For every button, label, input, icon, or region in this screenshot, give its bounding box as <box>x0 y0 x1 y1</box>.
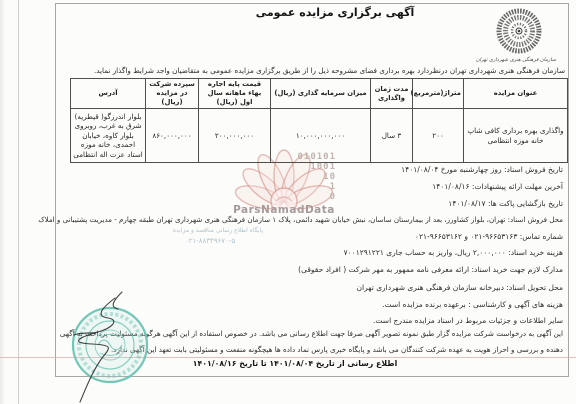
line-other-info: سایر اطلاعات و جزئیات مربوط در اسناد مزا… <box>373 316 563 325</box>
cell-duration: ۳ سال <box>371 109 413 163</box>
scanned-auction-notice: 010101 1001 10 1 0 ParsNamadData پایگاه … <box>0 0 576 404</box>
col-header-investment: میزان سرمایه گذاری (ریال) <box>271 79 371 109</box>
watermark-tagline: پایگاه اطلاع رسانی مناقصه و مزایده <box>166 227 270 234</box>
cell-deposit: ۸۶۰,۰۰۰,۰۰۰ <box>146 109 199 163</box>
auction-table: عنوان مزایده متراژ(مترمربع) مدت زمان واگ… <box>70 78 568 163</box>
intro-line: سازمان فرهنگی هنری شهرداری تهران درنظردا… <box>60 66 565 75</box>
org-logo-caption: سازمان فرهنگی هنری شهرداری تهران <box>468 57 564 63</box>
page-fold-line <box>18 0 19 404</box>
watermark-binary-line: 1001 <box>288 162 336 172</box>
table-row: واگذاری بهره برداری کافی شاپ خانه موزه ا… <box>71 109 568 163</box>
table-header-row: عنوان مزایده متراژ(مترمربع) مدت زمان واگ… <box>71 79 568 109</box>
org-mandala-logo-icon <box>496 8 542 54</box>
cell-area: ۲۰۰ <box>413 109 464 163</box>
watermark-binary-line: 10 <box>288 172 336 182</box>
line-opening-date: تاریخ بازگشایی پاکت ها: ۱۴۰۱/۰۸/۱۷ <box>448 199 563 208</box>
line-sale-date: تاریخ فروش اسناد: روز چهارشنبه مورخ ۱۴۰۱… <box>401 165 563 174</box>
line-sale-location: محل فروش اسناد: تهران، بلوار کشاورز، بعد… <box>38 215 563 224</box>
watermark-phone: ‪۰۲۱-۸۸۳۴۹۶۷۰-۵‬ <box>158 237 262 245</box>
col-header-address: آدرس <box>71 79 146 109</box>
pen-signature-icon <box>40 288 150 404</box>
line-delivery-location: محل تحویل اسناد: دبیرخانه سازمان فرهنگی … <box>357 283 563 292</box>
watermark-binary-line: 1 <box>288 182 336 192</box>
cell-address: بلوار اندرزگو( قیطریه) شرق به غرب، روبرو… <box>71 109 146 163</box>
page-title: آگهی برگزاری مزایده عمومی <box>240 6 430 19</box>
col-header-base-rent: قیمت پایه اجاره بهاء ماهانه سال اول (ریا… <box>199 79 271 109</box>
col-header-deposit: سپرده شرکت در مزایده (ریال) <box>146 79 199 109</box>
line-required-docs: مدارک لازم جهت خرید اسناد: ارائه معرفی ن… <box>298 265 563 274</box>
col-header-area: متراژ(مترمربع) <box>413 79 464 109</box>
line-offer-deadline: آخرین مهلت ارائه پیشنهادات: ۱۴۰۱/۰۸/۱۶ <box>432 182 563 191</box>
cell-investment: ۱۰,۰۰۰,۰۰۰,۰۰۰ <box>271 109 371 163</box>
cell-base-rent: ۲۰۰,۰۰۰,۰۰۰ <box>199 109 271 163</box>
page-edge-shade <box>0 0 6 404</box>
col-header-title: عنوان مزایده <box>464 79 568 109</box>
line-document-cost: هزینه خرید اسناد: ۲,۰۰۰,۰۰۰ ریال، واریز … <box>344 248 563 257</box>
line-phone-numbers: شماره تماس: ‪۰۲۱-۹۶۶۵۳۱۶۳‬ و ‪۰۲۱-۹۶۶۵۳۱… <box>415 232 563 241</box>
col-header-duration: مدت زمان واگذاری <box>371 79 413 109</box>
line-publish-range: اطلاع رسانی از تاریخ ۱۴۰۱/۰۸/۰۴ تا تاریخ… <box>160 359 430 368</box>
line-ad-costs: هزینه های آگهی و کارشناسی : برعهده برنده… <box>382 300 563 309</box>
cell-auction-title: واگذاری بهره برداری کافی شاپ خانه موزه ا… <box>464 109 568 163</box>
watermark-binary-line: 0 <box>288 192 336 202</box>
